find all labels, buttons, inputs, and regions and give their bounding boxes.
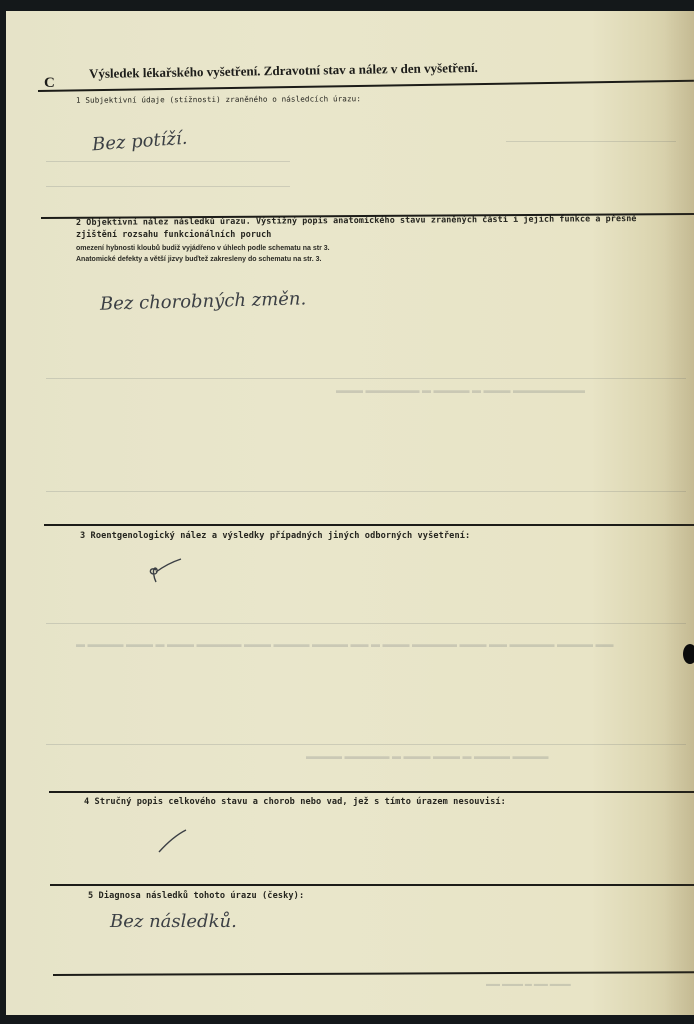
- question-3-answer-mark: [146, 556, 186, 586]
- question-1-label: 1 Subjektivní údaje (stížnosti) zraněnéh…: [76, 94, 361, 104]
- question-5-label: 5 Diagnosa následků tohoto úrazu (česky)…: [88, 891, 304, 901]
- question-4-answer-mark: [156, 826, 196, 856]
- question-5-answer: Bez následků.: [110, 911, 237, 932]
- bleed-through-text: ▬ ▬▬▬▬ ▬▬▬ ▬ ▬▬▬ ▬▬▬▬▬ ▬▬▬ ▬▬▬▬ ▬▬▬▬ ▬▬ …: [76, 639, 614, 649]
- document-page: ▬▬▬ ▬▬▬▬▬▬ ▬ ▬▬▬▬ ▬ ▬▬▬ ▬▬▬▬▬▬▬▬ ▬ ▬▬▬▬ …: [6, 11, 694, 1015]
- bottom-divider: [53, 971, 694, 976]
- bleed-through-line: [46, 378, 686, 379]
- bleed-through-line: [46, 744, 686, 745]
- question-2-label-line1: 2 Objektivní nález následků úrazu. Výsti…: [76, 213, 637, 227]
- question-2-answer: Bez chorobných změn.: [100, 288, 307, 314]
- question-4-label: 4 Stručný popis celkového stavu a chorob…: [84, 797, 506, 807]
- question-2-note-line1: omezení hybnosti kloubů budiž vyjádřeno …: [76, 245, 330, 252]
- question-3-label: 3 Roentgenologický nález a výsledky příp…: [80, 531, 470, 541]
- header-divider: [38, 80, 694, 92]
- section-divider-5: [50, 884, 694, 886]
- bleed-through-text: ▬▬▬▬ ▬▬▬▬▬ ▬ ▬▬▬ ▬▬▬ ▬ ▬▬▬▬ ▬▬▬▬: [306, 751, 549, 761]
- section-divider-4: [49, 791, 694, 793]
- question-1-answer: Bez potíží.: [91, 128, 188, 156]
- bleed-through-print-code: ▬▬ ▬▬▬ ▬ ▬▬ ▬▬▬: [486, 981, 571, 988]
- punch-hole: [683, 644, 694, 664]
- bleed-through-line: [46, 161, 290, 162]
- bleed-through-line: [46, 623, 686, 624]
- bleed-through-line: [46, 491, 686, 492]
- bleed-through-text: ▬▬▬ ▬▬▬▬▬▬ ▬ ▬▬▬▬ ▬ ▬▬▬ ▬▬▬▬▬▬▬▬: [336, 385, 585, 395]
- section-divider-3: [44, 524, 694, 526]
- bleed-through-line: [506, 141, 676, 142]
- question-2-note-line2: Anatomické defekty a větší jizvy buďtež …: [76, 256, 321, 263]
- bleed-through-line: [46, 186, 290, 187]
- section-title: Výsledek lékařského vyšetření. Zdravotní…: [89, 60, 478, 82]
- question-2-label-line2: zjištění rozsahu funkcionálních poruch: [76, 229, 271, 239]
